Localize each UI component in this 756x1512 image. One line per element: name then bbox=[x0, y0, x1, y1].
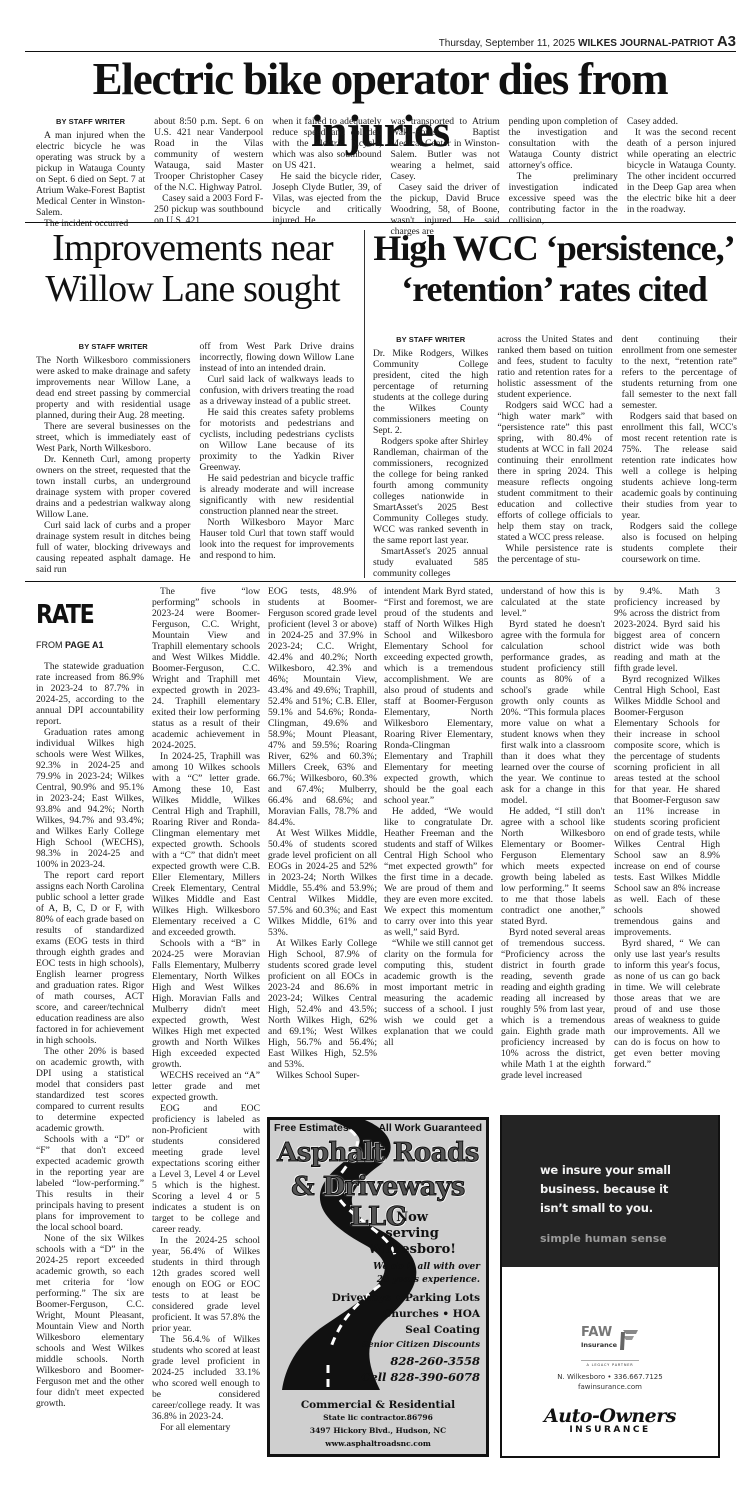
paragraph: A man injured when the electric bicycle … bbox=[36, 130, 145, 218]
service-type: Commercial & Residential bbox=[270, 1399, 486, 1411]
paragraph: Curl said lack of curbs and a proper dra… bbox=[36, 520, 191, 575]
paragraph: Schools with a “D” or “F” that don't exc… bbox=[36, 1134, 144, 1233]
story1-column: pending upon completion of the investiga… bbox=[509, 116, 618, 237]
page-folio: Thursday, September 11, 2025 WILKES JOUR… bbox=[439, 33, 736, 50]
paragraph: Dr. Kenneth Curl, among property owners … bbox=[36, 454, 191, 520]
paragraph: Schools with a “B” in 2024-25 were Morav… bbox=[152, 938, 260, 1070]
paragraph: by 9.4%. Math 3 proficiency increased by… bbox=[614, 586, 720, 674]
story3-headline-line1: High WCC ‘persistence,’ bbox=[372, 228, 736, 269]
message-line1: we insure your small bbox=[540, 1161, 671, 1180]
paragraph: when it failed to adequately reduce spee… bbox=[272, 116, 381, 171]
paragraph: While persistence rate is the percentage… bbox=[497, 543, 612, 565]
paragraph: In the 2024-25 school year, 56.4% of Wil… bbox=[152, 1235, 260, 1334]
paragraph: The 56.4.% of Wilkes students who scored… bbox=[152, 1334, 260, 1422]
paragraph: He said this creates safety problems for… bbox=[200, 407, 355, 473]
story3-column: dent continuing their enrollment from on… bbox=[622, 334, 737, 579]
column-divider bbox=[364, 230, 365, 578]
cell-number[interactable]: Cell 828-390-6078 bbox=[361, 1369, 480, 1385]
story2-body: BY STAFF WRITERThe North Wilkesboro comm… bbox=[36, 341, 354, 575]
ad-company-name-1: Asphalt Roads bbox=[270, 1138, 486, 1168]
paragraph: The five “low performing” schools in 202… bbox=[152, 586, 260, 751]
phone-number[interactable]: 828-260-3558 bbox=[361, 1353, 480, 1369]
paragraph: “While we still cannot get clarity on th… bbox=[384, 938, 493, 1048]
faw-insurance-ad[interactable]: we insure your small business. because i… bbox=[500, 1115, 720, 1458]
license: State lic contractor.86796 bbox=[270, 1411, 486, 1424]
rate-column-4: intendent Mark Byrd stated, “First and f… bbox=[384, 586, 493, 1048]
paragraph: The North Wilkesboro commissioners were … bbox=[36, 355, 191, 421]
byline: BY STAFF WRITER bbox=[373, 334, 488, 345]
story2-column: off from West Park Drive drains incorrec… bbox=[200, 341, 355, 575]
paragraph: The preliminary investigation indicated … bbox=[509, 171, 618, 226]
rate-column-3: EOG tests, 48.9% of students at Boomer-F… bbox=[268, 586, 377, 1081]
free-estimates: Free Estimates bbox=[274, 1122, 349, 1134]
story1-column: when it failed to adequately reduce spee… bbox=[272, 116, 381, 237]
story3-headline: High WCC ‘persistence,’ ‘retention’ rate… bbox=[372, 228, 736, 310]
paragraph: across the United States and ranked them… bbox=[497, 334, 612, 400]
byline: BY STAFF WRITER bbox=[36, 116, 145, 127]
paragraph: There are several businesses on the stre… bbox=[36, 421, 191, 454]
jump-from-label: FROM bbox=[36, 640, 63, 650]
paragraph: SmartAsset's 2025 annual study evaluated… bbox=[373, 546, 488, 579]
paragraph: EOG and EOC proficiency is labeled as no… bbox=[152, 1103, 260, 1235]
town-text: Wilkesboro! bbox=[368, 1242, 456, 1258]
asphalt-roads-ad[interactable]: Free Estimates All Work Guaranteed Aspha… bbox=[267, 1117, 489, 1457]
paragraph: Byrd recognized Wilkes Central High Scho… bbox=[614, 674, 720, 938]
carrier-sub: INSURANCE bbox=[502, 1425, 718, 1435]
discount-text: Senior Citizen Discounts bbox=[362, 1340, 480, 1350]
story1-column: about 8:50 p.m. Sept. 6 on U.S. 421 near… bbox=[154, 116, 263, 237]
section-rule bbox=[25, 222, 736, 223]
story1-column: was transported to Atrium Wake-Forest Ba… bbox=[390, 116, 499, 237]
ad-footer: Commercial & Residential State lic contr… bbox=[270, 1399, 486, 1450]
paragraph: Graduation rates among individual Wilkes… bbox=[36, 727, 144, 870]
service-2: Churches • HOA bbox=[332, 1306, 480, 1322]
ad-message: we insure your small business. because i… bbox=[540, 1161, 671, 1218]
faw-contact: N. Wilkesboro • 336.667.7125 bbox=[502, 1372, 718, 1382]
paragraph: Byrd noted several areas of tremendous s… bbox=[501, 927, 605, 1081]
paragraph: He added, “I still don't agree with a sc… bbox=[501, 806, 605, 927]
paragraph: Wilkes School Super- bbox=[268, 1070, 377, 1081]
auto-owners-logo: Auto-Owners INSURANCE bbox=[502, 1405, 718, 1435]
paragraph: understand of how this is calculated at … bbox=[501, 586, 605, 619]
now-text: Now bbox=[368, 1210, 456, 1226]
now-serving: Now serving Wilkesboro! bbox=[368, 1210, 456, 1258]
legacy-partner: A LEGACY PARTNER bbox=[581, 1360, 639, 1367]
faw-website-link[interactable]: fawinsurance.com bbox=[502, 1382, 718, 1392]
header-rule bbox=[25, 51, 736, 52]
issue-date: Thursday, September 11, 2025 bbox=[439, 38, 575, 49]
paragraph: At West Wilkes Middle, 50.4% of students… bbox=[268, 828, 377, 938]
story3-headline-line2: ‘retention’ rates cited bbox=[372, 269, 736, 310]
rate-column-5: understand of how this is calculated at … bbox=[501, 586, 605, 1081]
experience: We do it all with over 20 years experien… bbox=[373, 1261, 480, 1287]
faw-logo-block: FAW Insurance A LEGACY PARTNER N. Wilkes… bbox=[502, 1321, 718, 1392]
message-line3: isn’t small to you. bbox=[540, 1199, 671, 1218]
service-3: Seal Coating bbox=[332, 1322, 480, 1338]
paragraph: pending upon completion of the investiga… bbox=[509, 116, 618, 171]
exp-line1: We do it all with over bbox=[373, 1261, 480, 1274]
carrier-name: Auto-Owners bbox=[502, 1405, 718, 1427]
faw-logo: FAW Insurance bbox=[581, 1327, 639, 1351]
story2-headline: Improvements near Willow Lane sought bbox=[25, 228, 360, 310]
paragraph: about 8:50 p.m. Sept. 6 on U.S. 421 near… bbox=[154, 116, 263, 193]
ad-topline: Free Estimates All Work Guaranteed bbox=[274, 1122, 482, 1134]
paragraph: intendent Mark Byrd stated, “First and f… bbox=[384, 586, 493, 806]
paragraph: WECHS received an “A” letter grade and m… bbox=[152, 1070, 260, 1103]
paragraph: Dr. Mike Rodgers, Wilkes Community Colle… bbox=[373, 348, 488, 436]
story3-body: BY STAFF WRITERDr. Mike Rodgers, Wilkes … bbox=[373, 334, 737, 579]
service-1: Driveways • Parking Lots bbox=[332, 1290, 480, 1306]
rate-column-6: by 9.4%. Math 3 proficiency increased by… bbox=[614, 586, 720, 1070]
paragraph: Rodgers said WCC had a “high water mark”… bbox=[497, 400, 612, 543]
page-number: A3 bbox=[717, 33, 736, 50]
jump-from-page[interactable]: PAGE A1 bbox=[65, 640, 104, 650]
paragraph: Rodgers said the college also is focused… bbox=[622, 521, 737, 565]
paragraph: Rodgers said that based on enrollment th… bbox=[622, 411, 737, 521]
ad-tagline: simple human sense bbox=[540, 1232, 667, 1245]
paragraph: None of the six Wilkes schools with a “D… bbox=[36, 1233, 144, 1409]
paragraph: At Wilkes Early College High School, 87.… bbox=[268, 938, 377, 1070]
jump-headline: RATE bbox=[36, 600, 93, 630]
story3-column: across the United States and ranked them… bbox=[497, 334, 612, 579]
paragraph: Casey added. bbox=[627, 116, 736, 127]
story2-headline-line2: Willow Lane sought bbox=[25, 269, 360, 310]
serving-text: serving bbox=[368, 1226, 456, 1242]
paragraph: He said the bicycle rider, Joseph Clyde … bbox=[272, 171, 381, 226]
paragraph: The other 20% is based on academic growt… bbox=[36, 1046, 144, 1134]
paragraph: Byrd shared, “ We can only use last year… bbox=[614, 938, 720, 1070]
paragraph: The report card report assigns each Nort… bbox=[36, 870, 144, 1046]
faw-sub: Insurance bbox=[581, 1339, 617, 1351]
all-work-guaranteed: All Work Guaranteed bbox=[378, 1122, 482, 1134]
paragraph: In 2024-25, Traphill was among 10 Wilkes… bbox=[152, 751, 260, 938]
faw-name: FAW bbox=[581, 1325, 612, 1340]
story3-column: BY STAFF WRITERDr. Mike Rodgers, Wilkes … bbox=[373, 334, 488, 579]
jump-from: FROM PAGE A1 bbox=[36, 640, 104, 650]
paragraph: It was the second recent death of a pers… bbox=[627, 127, 736, 215]
paragraph: He said pedestrian and bicycle traffic i… bbox=[200, 473, 355, 517]
paragraph: dent continuing their enrollment from on… bbox=[622, 334, 737, 411]
paragraph: He added, “We would like to congratulate… bbox=[384, 806, 493, 938]
services: Driveways • Parking Lots Churches • HOA … bbox=[332, 1290, 480, 1338]
paragraph: The statewide graduation rate increased … bbox=[36, 661, 144, 727]
paragraph: Curl said lack of walkways leads to conf… bbox=[200, 374, 355, 407]
website-link[interactable]: www.asphaltroadsnc.com bbox=[270, 1437, 486, 1450]
story2-headline-line1: Improvements near bbox=[25, 228, 360, 269]
rate-column-1: The statewide graduation rate increased … bbox=[36, 661, 144, 1409]
phones: 828-260-3558 Cell 828-390-6078 bbox=[361, 1353, 480, 1385]
section-rule-2 bbox=[25, 581, 736, 582]
paragraph: Byrd stated he doesn't agree with the fo… bbox=[501, 619, 605, 806]
paragraph: Rodgers spoke after Shirley Randleman, c… bbox=[373, 436, 488, 546]
story2-column: BY STAFF WRITERThe North Wilkesboro comm… bbox=[36, 341, 191, 575]
story1-body: BY STAFF WRITERA man injured when the el… bbox=[36, 116, 736, 237]
rate-column-2: The five “low performing” schools in 202… bbox=[152, 586, 260, 1433]
paragraph: EOG tests, 48.9% of students at Boomer-F… bbox=[268, 586, 377, 828]
exp-line2: 20 years experience. bbox=[373, 1274, 480, 1287]
paragraph: was transported to Atrium Wake-Forest Ba… bbox=[390, 116, 499, 182]
faw-f-icon bbox=[619, 1328, 639, 1350]
address: 3497 Hickory Blvd., Hudson, NC bbox=[270, 1424, 486, 1437]
paragraph: North Wilkesboro Mayor Marc Hauser told … bbox=[200, 517, 355, 561]
story1-column: Casey added.It was the second recent dea… bbox=[627, 116, 736, 237]
newspaper-name: WILKES JOURNAL-PATRIOT bbox=[578, 38, 714, 49]
story1-column: BY STAFF WRITERA man injured when the el… bbox=[36, 116, 145, 237]
paragraph: off from West Park Drive drains incorrec… bbox=[200, 341, 355, 374]
paragraph: For all elementary bbox=[152, 1422, 260, 1433]
byline: BY STAFF WRITER bbox=[36, 341, 191, 352]
message-line2: business. because it bbox=[540, 1180, 671, 1199]
